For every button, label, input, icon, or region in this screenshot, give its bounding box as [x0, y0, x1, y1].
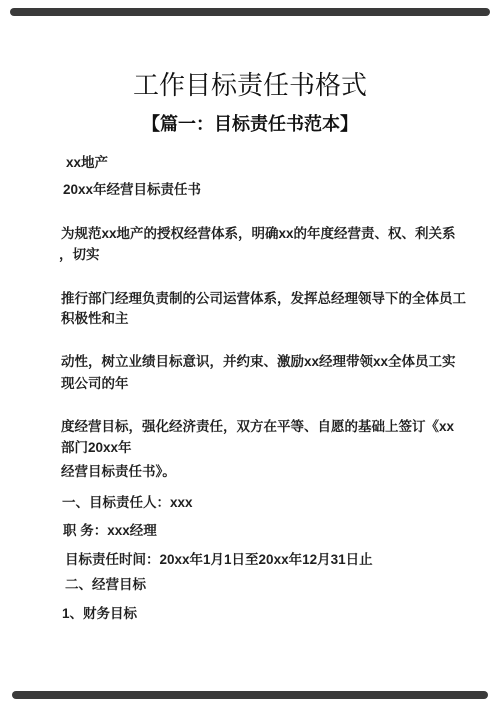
target-period-line: 目标责任时间：20xx年1月1日至20xx年12月31日止	[65, 550, 373, 570]
doc-name-line: 20xx年经营目标责任书	[63, 180, 201, 200]
target-person-line: 一、目标责任人：xxx	[62, 493, 193, 513]
body-line: 经营目标责任书》。	[61, 462, 176, 482]
page-edge-bottom-bar	[12, 691, 488, 699]
body-line: 现公司的年	[61, 374, 129, 394]
page-edge-top-bar	[10, 8, 490, 16]
position-line: 职 务：xxx经理	[63, 521, 157, 541]
body-line: 推行部门经理负责制的公司运营体系，发挥总经理领导下的全体员工	[61, 289, 466, 309]
body-line: 积极性和主	[61, 309, 129, 329]
body-line: 为规范xx地产的授权经营体系，明确xx的年度经营责、权、利关系	[61, 224, 456, 244]
subsection-1-heading: 1、财务目标	[62, 604, 137, 624]
page-title: 工作目标责任书格式	[0, 70, 500, 102]
section-subtitle: 【篇一：目标责任书范本】	[0, 111, 500, 137]
body-line: 度经营目标，强化经济责任，双方在平等、自愿的基础上签订《xx	[61, 417, 454, 437]
document-page: 工作目标责任书格式 【篇一：目标责任书范本】 xx地产 20xx年经营目标责任书…	[0, 0, 500, 707]
body-line: 部门20xx年	[61, 438, 132, 458]
company-name-line: xx地产	[66, 153, 108, 173]
section-2-heading: 二、经营目标	[65, 575, 146, 595]
body-line: 动性，树立业绩目标意识，并约束、激励xx经理带领xx全体员工实	[61, 352, 456, 372]
body-line: ，切实	[59, 245, 100, 265]
